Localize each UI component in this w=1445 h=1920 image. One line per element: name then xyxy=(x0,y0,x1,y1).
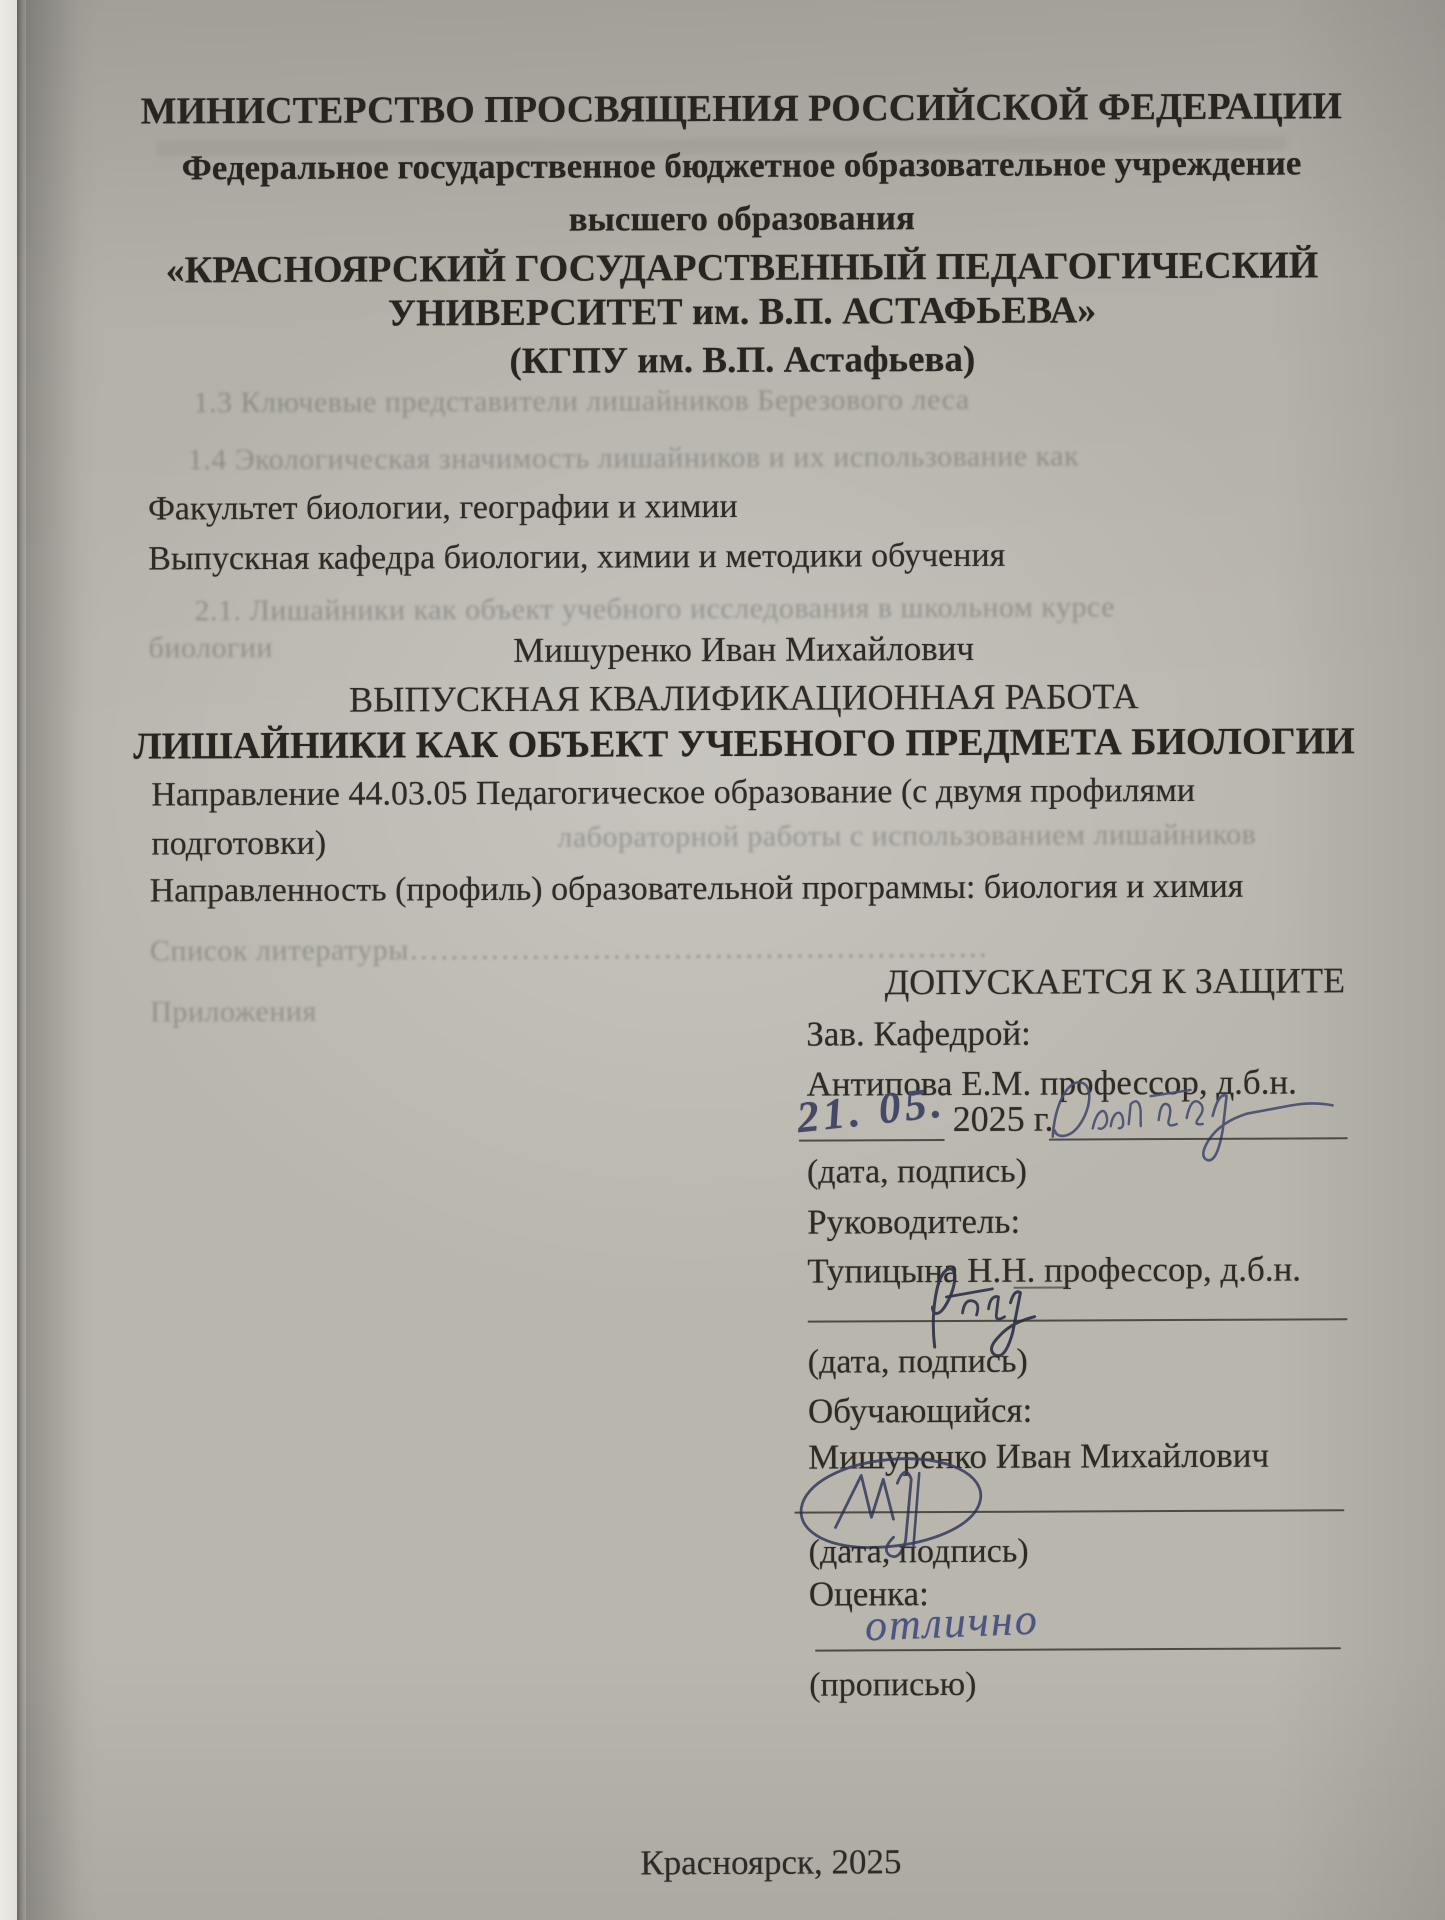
date-rule xyxy=(799,1139,945,1142)
year-printed: 2025 г. xyxy=(953,1099,1054,1141)
page-title: ЛИШАЙНИКИ КАК ОБЪЕКТ УЧЕБНОГО ПРЕДМЕТА Б… xyxy=(49,720,1439,770)
ministry-line: МИНИСТЕРСТВО ПРОСВЯЩЕНИЯ РОССИЙСКОЙ ФЕДЕ… xyxy=(46,85,1436,135)
institution-line-1: Федеральное государственное бюджетное об… xyxy=(46,143,1436,189)
student-label: Обучающийся: xyxy=(808,1391,1032,1432)
date-sign-caption: (дата, подпись) xyxy=(808,1532,1028,1572)
bleed-through-line: лабораторной работы с использованием лиш… xyxy=(557,818,1256,855)
work-type-line: ВЫПУСКНАЯ КВАЛИФИКАЦИОННАЯ РАБОТА xyxy=(49,675,1439,722)
university-name-line-1: «КРАСНОЯРСКИЙ ГОСУДАРСТВЕННЫЙ ПЕДАГОГИЧЕ… xyxy=(47,244,1437,294)
bleed-through-line: 1.3 Ключевые представители лишайников Бе… xyxy=(193,383,969,420)
university-name-line-2: УНИВЕРСИТЕТ им. В.П. АСТАФЬЕВА» xyxy=(47,288,1437,338)
faculty-line: Факультет биологии, географии и химии xyxy=(148,487,738,529)
grade-caption: (прописью) xyxy=(809,1665,976,1705)
bleed-through-line: 2.1. Лишайники как объект учебного иссле… xyxy=(194,590,1115,628)
supervisor-label: Руководитель: xyxy=(807,1202,1020,1243)
head-of-chair-label: Зав. Кафедрой: xyxy=(806,1014,1031,1055)
direction-line-2: подготовки) xyxy=(151,824,326,864)
head-signature xyxy=(1040,1065,1340,1171)
date-sign-caption: (дата, подпись) xyxy=(807,1152,1027,1192)
admitted-to-defense-line: ДОПУСКАЕТСЯ К ЗАЩИТЕ xyxy=(885,960,1346,1003)
bleed-through-line: 1.4 Экологическая значимость лишайников … xyxy=(188,439,1079,477)
bleed-through-line: Приложения xyxy=(150,995,317,1030)
chair-line: Выпускная кафедра биологии, химии и мето… xyxy=(148,536,1005,579)
university-short-name: (КГПУ им. В.П. Астафьева) xyxy=(47,337,1437,386)
page-content: 1.3 Ключевые представители лишайников Бе… xyxy=(0,0,1445,1920)
direction-line-1: Направление 44.03.05 Педагогическое обра… xyxy=(151,771,1195,815)
handwritten-grade: отлично xyxy=(864,1594,1040,1652)
scanned-title-page: 1.3 Ключевые представители лишайников Бе… xyxy=(0,0,1445,1920)
author-name: Мишуренко Иван Михайлович xyxy=(49,627,1439,673)
bleed-through-line: Список литературы………………………………………………… xyxy=(150,931,989,969)
city-year-line: Красноярск, 2025 xyxy=(76,1840,1445,1886)
supervisor-signature-rule xyxy=(808,1318,1348,1322)
institution-line-2: высшего образования xyxy=(47,196,1437,242)
profile-line: Направленность (профиль) образовательной… xyxy=(150,867,1244,911)
date-sign-caption: (дата, подпись) xyxy=(808,1342,1028,1382)
